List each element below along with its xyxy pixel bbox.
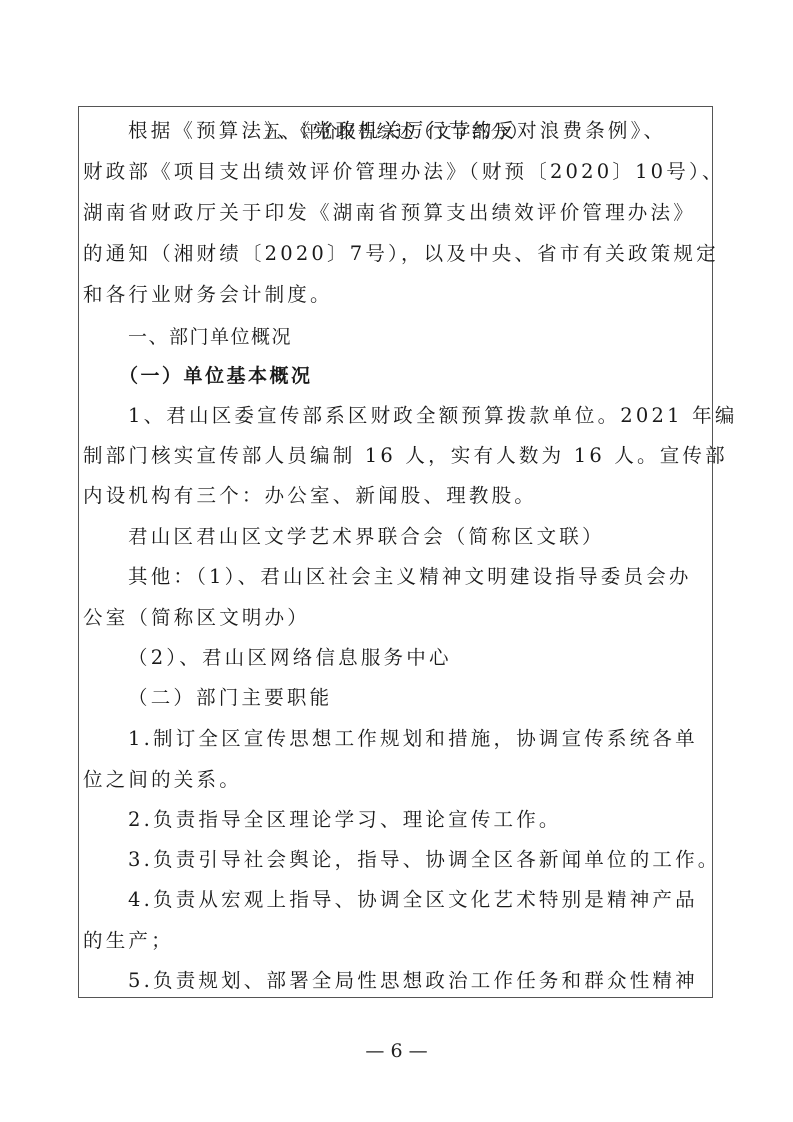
paragraph-line: 根据《预算法》、《党政机关厉行节约反对浪费条例》、 — [79, 119, 712, 143]
paragraph-line: 制部门核实宣传部人员编制 16 人，实有人数为 16 人。宣传部 — [79, 444, 712, 468]
paragraph-line: （2）、君山区网络信息服务中心 — [79, 646, 712, 670]
paragraph-line: 的生产； — [79, 929, 712, 953]
paragraph-line: 的通知（湘财绩〔2020〕7号），以及中央、省市有关政策规定 — [79, 242, 712, 266]
paragraph-line: 3.负责引导社会舆论，指导、协调全区各新闻单位的工作。 — [79, 848, 712, 872]
paragraph-line: 君山区君山区文学艺术界联合会（简称区文联） — [79, 525, 712, 549]
paragraph-line: 5.负责规划、部署全局性思想政治工作任务和群众性精神 — [79, 969, 712, 993]
page-number: — 6 — — [0, 1040, 793, 1062]
paragraph-line: 1.制订全区宣传思想工作规划和措施，协调宣传系统各单 — [79, 727, 712, 751]
paragraph-line: 4.负责从宏观上指导、协调全区文化艺术特别是精神产品 — [79, 888, 712, 912]
paragraph-line: （二）部门主要职能 — [79, 686, 712, 710]
heading-level-1: 一、部门单位概况 — [79, 325, 712, 349]
paragraph-line: 财政部《项目支出绩效评价管理办法》（财预〔2020〕10号）、 — [79, 160, 712, 184]
paragraph-line: 其他：（1）、君山区社会主义精神文明建设指导委员会办 — [79, 565, 712, 589]
paragraph-line: 内设机构有三个：办公室、新闻股、理教股。 — [79, 484, 712, 508]
paragraph-line: 位之间的关系。 — [79, 768, 712, 792]
paragraph-line: 1、君山区委宣传部系区财政全额预算拨款单位。2021 年编 — [79, 404, 712, 428]
paragraph-line: 湖南省财政厅关于印发《湖南省预算支出绩效评价管理办法》 — [79, 201, 712, 225]
heading-level-2: （一）单位基本概况 — [79, 364, 712, 388]
paragraph-line: 2.负责指导全区理论学习、理论宣传工作。 — [79, 808, 712, 832]
paragraph-line: 和各行业财务会计制度。 — [79, 283, 712, 307]
report-frame: 五、评价报告综述（文字部分） 根据《预算法》、《党政机关厉行节约反对浪费条例》、… — [78, 106, 713, 998]
paragraph-line: 公室（简称区文明办） — [79, 606, 712, 630]
